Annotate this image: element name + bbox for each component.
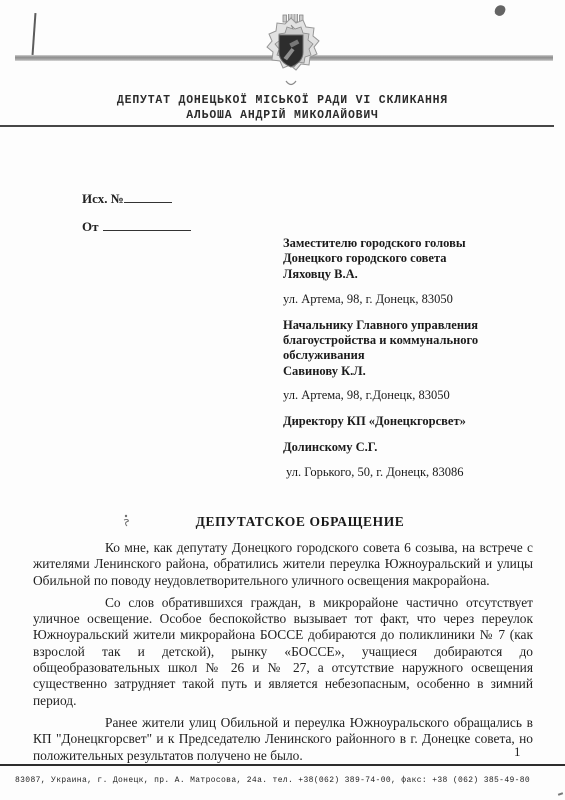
document-page: ДЕПУТАТ ДОНЕЦЬКОЇ МІСЬКОЇ РАДИ VI СКЛИКА… [0, 0, 565, 800]
scan-artifact-speck [558, 792, 563, 796]
scan-artifact-smudge [493, 4, 506, 18]
outgoing-number-label: Исх. № [82, 191, 124, 206]
reference-block: Исх. № От [82, 190, 191, 235]
addressee-line: благоустройства и коммунального [283, 333, 523, 348]
addressee-address: ул. Артема, 98, г.Донецк, 83050 [283, 388, 523, 403]
letterhead-rule [0, 125, 554, 127]
outgoing-number-row: Исх. № [82, 190, 191, 207]
addressee-block-1: Заместителю городского головы Донецкого … [283, 236, 523, 308]
addressee-column: Заместителю городского головы Донецкого … [283, 236, 523, 481]
footer-rule [0, 764, 565, 766]
letterhead-title-line2: АЛЬОША АНДРІЙ МИКОЛАЙОВИЧ [0, 108, 565, 123]
addressee-address: ул. Артема, 98, г. Донецк, 83050 [283, 292, 523, 307]
addressee-line: Начальнику Главного управления [283, 318, 523, 333]
addressee-block-3: Директору КП «Донецкгорсвет» Долинскому … [283, 414, 523, 481]
body-paragraph-1: Ко мне, как депутату Донецкого городског… [33, 540, 533, 589]
addressee-line: Заместителю городского головы [283, 236, 523, 251]
footer-contact-line: 83087, Украина, г. Донецк, пр. А. Матрос… [15, 776, 555, 785]
addressee-line: обслуживания [283, 348, 523, 363]
date-blank-field [103, 218, 191, 231]
date-label: От [82, 219, 99, 234]
letterhead-title: ДЕПУТАТ ДОНЕЦЬКОЇ МІСЬКОЇ РАДИ VI СКЛИКА… [0, 93, 565, 123]
page-number: 1 [514, 744, 521, 760]
document-body: Ко мне, как депутату Донецкого городског… [33, 540, 533, 770]
body-paragraph-2: Со слов обратившихся граждан, в микрорай… [33, 595, 533, 709]
body-paragraph-3: Ранее жители улиц Обильной и переулка Юж… [33, 715, 533, 764]
addressee-line: Директору КП «Донецкгорсвет» [283, 414, 523, 429]
addressee-line: Долинскому С.Г. [283, 440, 523, 455]
outgoing-number-blank-field [124, 190, 172, 203]
addressee-line: Ляховцу В.А. [283, 267, 523, 282]
addressee-block-2: Начальнику Главного управления благоустр… [283, 318, 523, 404]
date-row: От [82, 218, 191, 235]
scan-artifact-vertical-line [32, 13, 37, 55]
addressee-line: Савинову К.Л. [283, 364, 523, 379]
letterhead-title-line1: ДЕПУТАТ ДОНЕЦЬКОЇ МІСЬКОЇ РАДИ VI СКЛИКА… [0, 93, 565, 108]
document-heading: ДЕПУТАТСКОЕ ОБРАЩЕНИЕ [50, 514, 550, 530]
addressee-line: Донецкого городского совета [283, 251, 523, 266]
donetsk-coat-of-arms-icon [257, 14, 325, 92]
addressee-address: ул. Горького, 50, г. Донецк, 83086 [283, 465, 523, 480]
